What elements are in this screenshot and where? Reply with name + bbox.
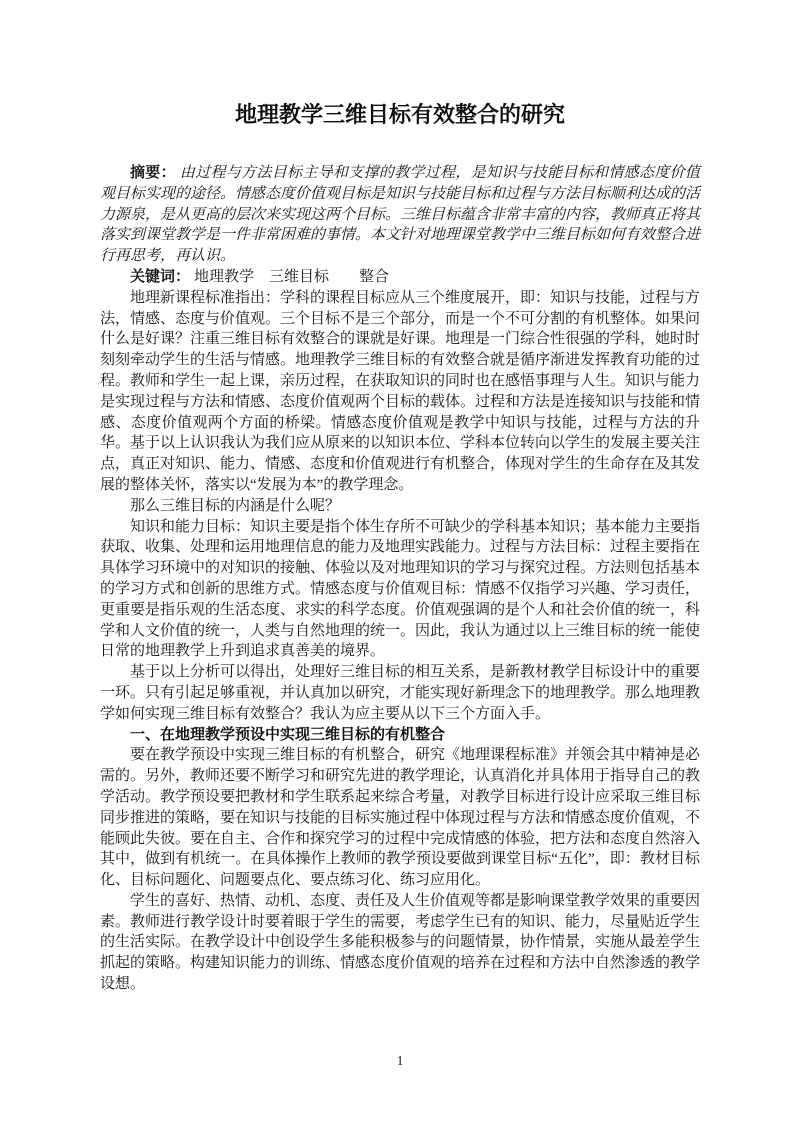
body-paragraph-6: 学生的喜好、热情、动机、态度、责任及人生价值观等都是影响课堂教学效果的重要因素。… bbox=[100, 891, 700, 995]
document-page: 地理教学三维目标有效整合的研究 摘要：由过程与方法目标主导和支撑的教学过程，是知… bbox=[0, 0, 800, 1131]
keywords-line: 关键词：地理教学 三维目标 整合 bbox=[100, 267, 700, 288]
abstract-paragraph: 摘要：由过程与方法目标主导和支撑的教学过程，是知识与技能目标和情感态度价值观目标… bbox=[100, 163, 700, 267]
section-heading-1: 一、在地理教学预设中实现三维目标的有机整合 bbox=[100, 725, 700, 746]
abstract-label: 摘要： bbox=[130, 164, 176, 181]
body-paragraph-2: 那么三维目标的内涵是什么呢？ bbox=[100, 496, 700, 517]
abstract-text: 由过程与方法目标主导和支撑的教学过程，是知识与技能目标和情感态度价值观目标实现的… bbox=[100, 165, 700, 264]
keywords-text: 地理教学 三维目标 整合 bbox=[194, 269, 389, 285]
body-paragraph-5: 要在教学预设中实现三维目标的有机整合，研究《地理课程标准》并领会其中精神是必需的… bbox=[100, 745, 700, 891]
keywords-label: 关键词： bbox=[130, 268, 190, 285]
body-paragraph-3: 知识和能力目标：知识主要是指个体生存所不可缺少的学科基本知识；基本能力主要指获取… bbox=[100, 517, 700, 663]
body-paragraph-4: 基于以上分析可以得出，处理好三维目标的相互关系，是新教材教学目标设计中的重要一环… bbox=[100, 662, 700, 724]
page-number: 1 bbox=[0, 1053, 800, 1069]
page-title: 地理教学三维目标有效整合的研究 bbox=[100, 100, 700, 130]
body-paragraph-1: 地理新课程标准指出：学科的课程目标应从三个维度展开，即：知识与技能，过程与方法，… bbox=[100, 288, 700, 496]
